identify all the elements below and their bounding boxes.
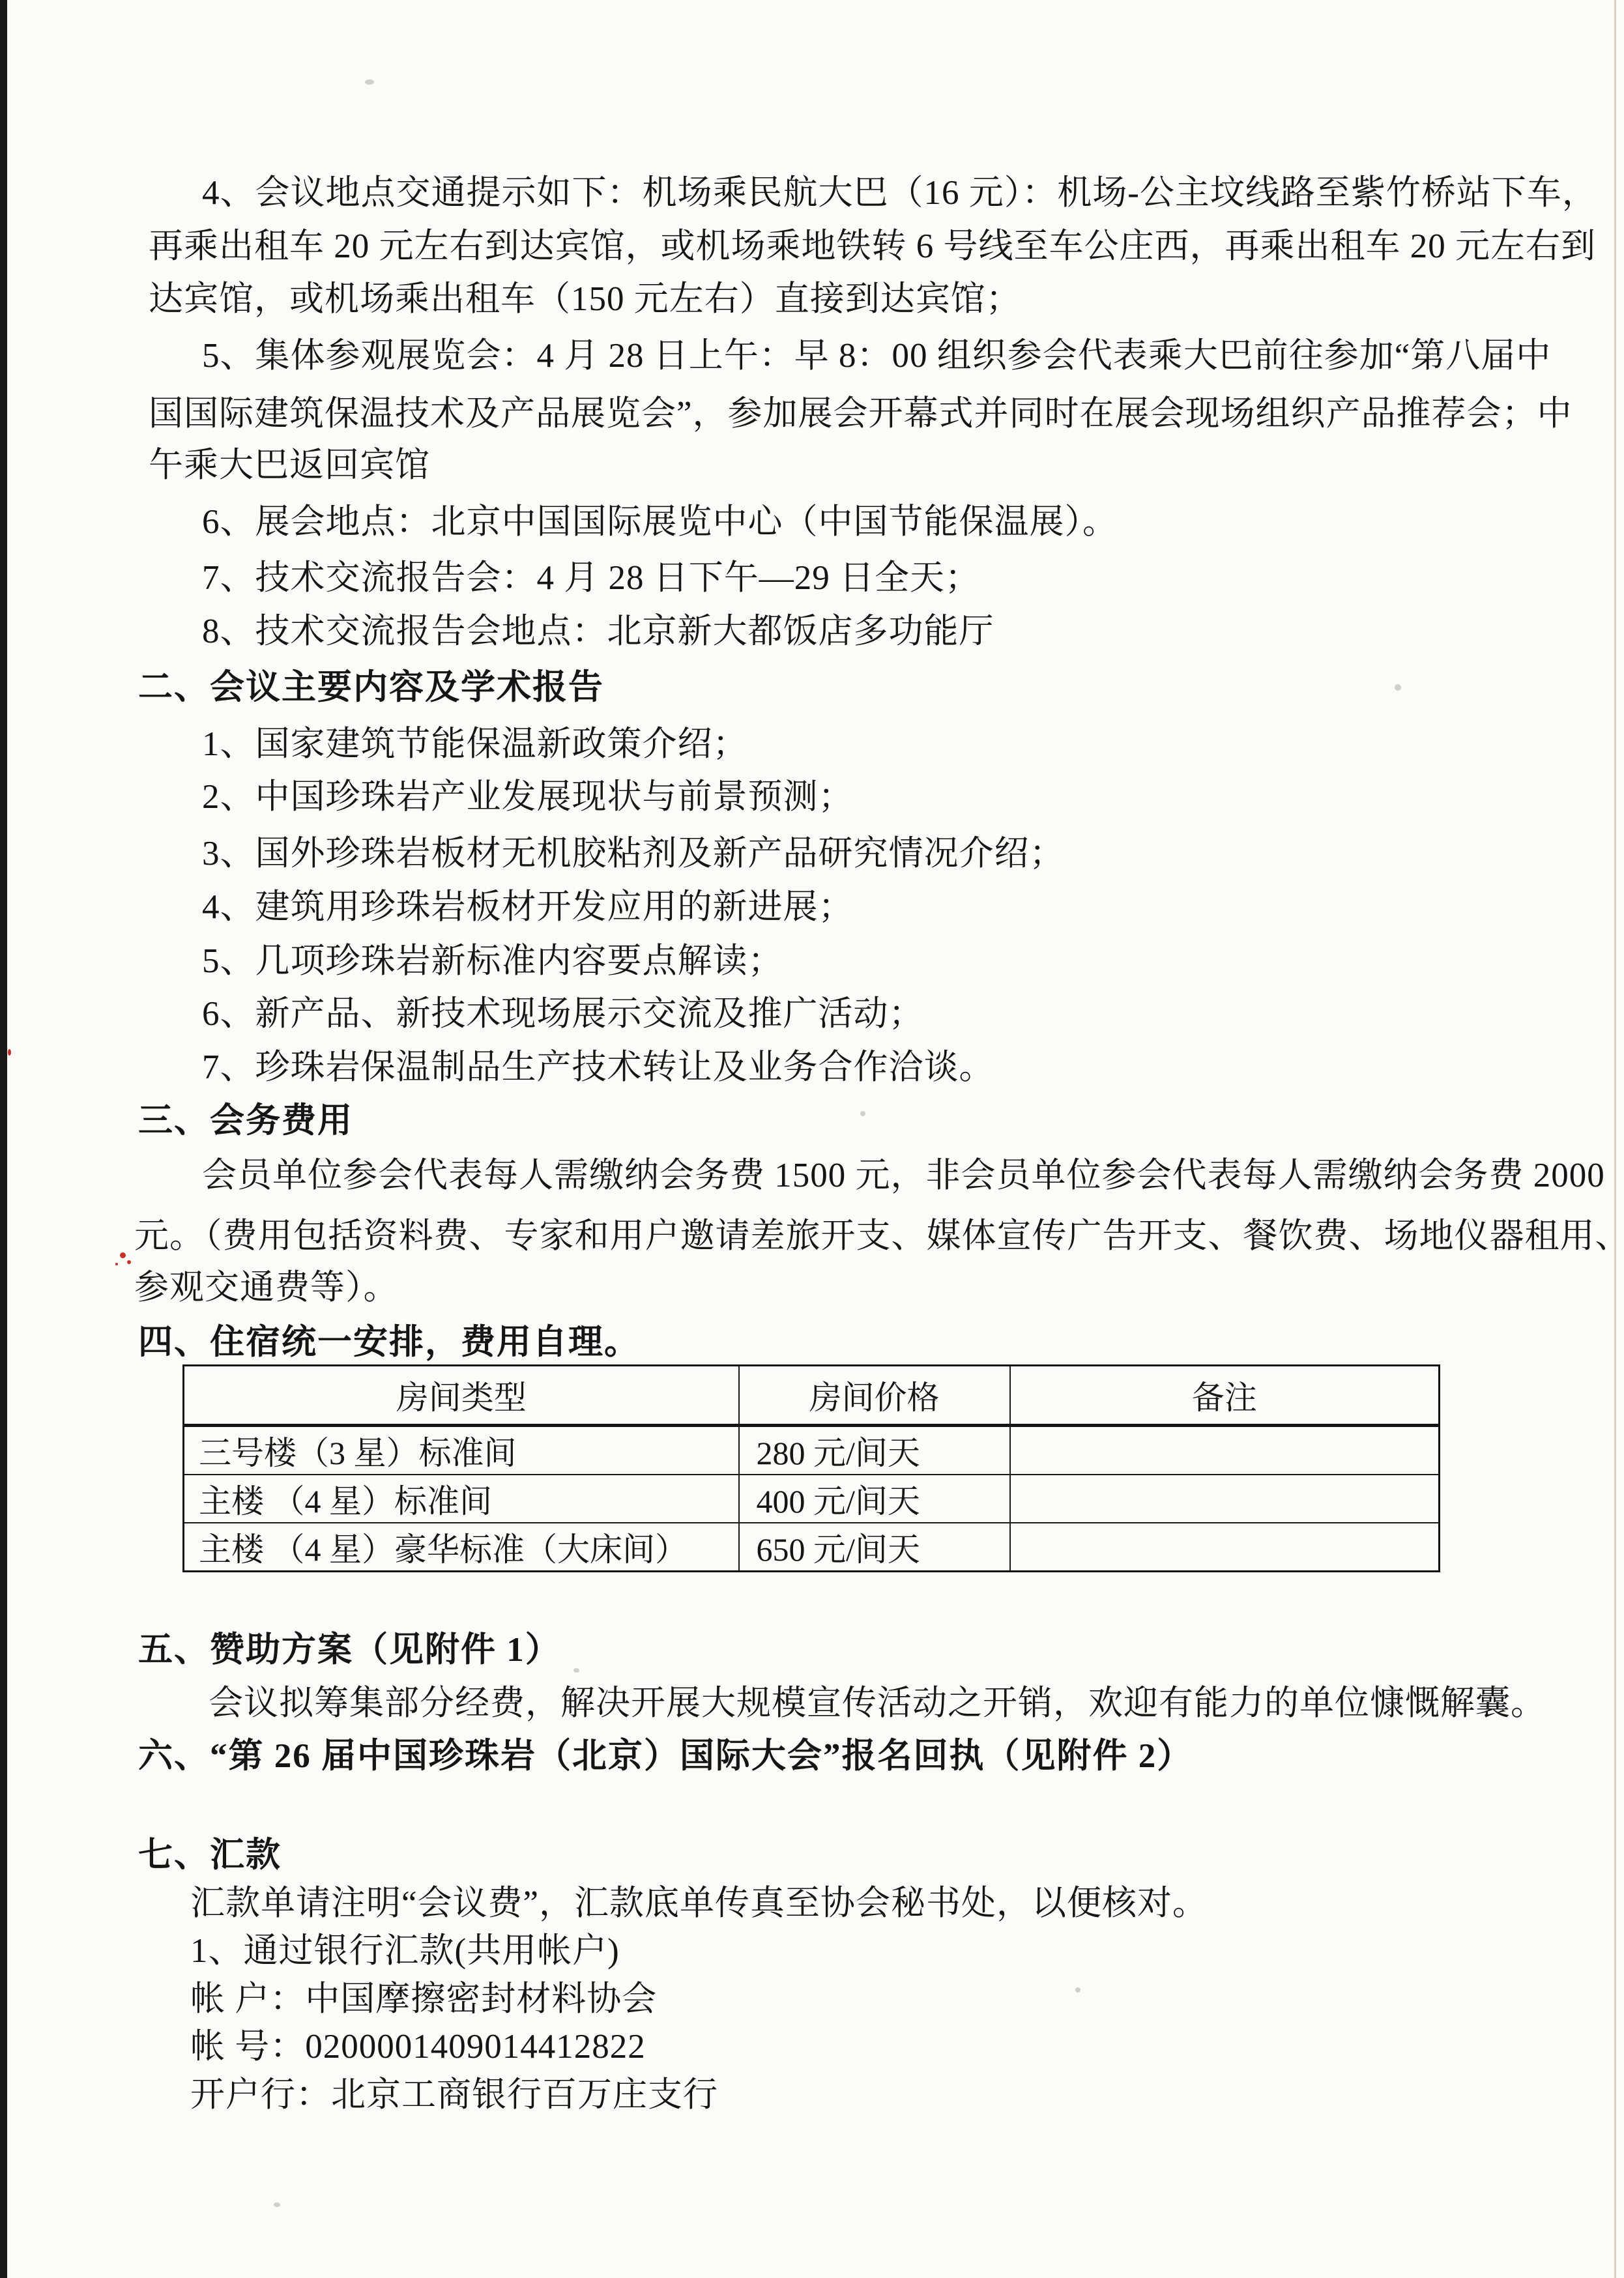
remarks-cell <box>1010 1475 1440 1523</box>
col-header-room-price: 房间价格 <box>739 1366 1010 1426</box>
section2-item-2: 2、中国珍珠岩产业发展现状与前景预测； <box>202 777 854 816</box>
scan-speck <box>573 1668 579 1673</box>
room-type-cell: 三号楼（3 星）标准间 <box>184 1426 739 1475</box>
section2-item-1: 1、国家建筑节能保温新政策介绍； <box>202 725 748 764</box>
scan-speck <box>274 2202 280 2207</box>
item5-line1: 5、集体参观展览会：4 月 28 日上午：早 8：00 组织参会代表乘大巴前往参… <box>202 336 1551 375</box>
section7-line-5: 开户行：北京工商银行百万庄支行 <box>190 2075 718 2114</box>
item7-line: 7、技术交流报告会：4 月 28 日下午—29 日全天； <box>202 558 980 598</box>
section7-line-3: 帐 户：中国摩擦密封材料协会 <box>190 1980 657 2019</box>
item6-line: 6、展会地点：北京中国国际展览中心（中国节能保温展）。 <box>202 502 1118 541</box>
red-ink-speck <box>115 1263 118 1265</box>
section2-heading: 二、会议主要内容及学术报告 <box>138 668 604 707</box>
section3-para-line1: 会员单位参会代表每人需缴纳会务费 1500 元，非会员单位参会代表每人需缴纳会务… <box>202 1156 1605 1195</box>
red-ink-speck <box>8 1049 11 1056</box>
room-type-cell: 主楼 （4 星）标准间 <box>184 1475 739 1523</box>
col-header-room-type: 房间类型 <box>184 1366 739 1426</box>
col-header-remarks: 备注 <box>1010 1366 1440 1426</box>
scan-edge-left <box>0 0 7 2278</box>
section6-heading: 六、“第 26 届中国珍珠岩（北京）国际大会”报名回执（见附件 2） <box>138 1737 1193 1776</box>
section2-item-4: 4、建筑用珍珠岩板材开发应用的新进展； <box>202 887 854 927</box>
section7-line-4: 帐 号：0200001409014412822 <box>190 2027 646 2066</box>
section5-para: 会议拟筹集部分经费，解决开展大规模宣传活动之开销，欢迎有能力的单位慷慨解囊。 <box>209 1684 1546 1723</box>
section7-line-2: 1、通过银行汇款(共用帐户) <box>190 1931 620 1970</box>
table-row: 三号楼（3 星）标准间 280 元/间天 <box>184 1426 1440 1475</box>
table-row: 主楼 （4 星）豪华标准（大床间） 650 元/间天 <box>184 1523 1440 1572</box>
scan-speck <box>1075 1987 1080 1993</box>
item8-line: 8、技术交流报告会地点：北京新大都饭店多功能厅 <box>202 612 994 651</box>
section2-item-5: 5、几项珍珠岩新标准内容要点解读； <box>202 942 783 981</box>
section2-item-6: 6、新产品、新技术现场展示交流及推广活动； <box>202 994 924 1033</box>
item4-line2: 再乘出租车 20 元左右到达宾馆，或机场乘地铁转 6 号线至车公庄西，再乘出租车… <box>149 227 1596 266</box>
table-header-row: 房间类型 房间价格 备注 <box>184 1366 1440 1426</box>
scan-speck <box>860 1111 865 1116</box>
section5-heading: 五、赞助方案（见附件 1） <box>138 1630 561 1669</box>
remarks-cell <box>1010 1426 1440 1475</box>
room-price-cell: 400 元/间天 <box>739 1475 1010 1523</box>
red-ink-speck <box>127 1260 131 1264</box>
room-type-cell: 主楼 （4 星）豪华标准（大床间） <box>184 1523 739 1572</box>
scan-edge-right <box>1614 0 1616 2278</box>
section7-line-1: 汇款单请注明“会议费”，汇款底单传真至协会秘书处，以便核对。 <box>190 1884 1208 1923</box>
section4-heading: 四、住宿统一安排，费用自理。 <box>138 1323 640 1362</box>
item4-line1: 4、会议地点交通提示如下：机场乘民航大巴（16 元）：机场-公主坟线路至紫竹桥站… <box>202 173 1597 212</box>
item4-line3: 达宾馆，或机场乘出租车（150 元左右）直接到达宾馆； <box>149 280 1021 319</box>
item5-line2: 国国际建筑保温技术及产品展览会”，参加展会开幕式并同时在展会现场组织产品推荐会；… <box>149 394 1573 433</box>
remarks-cell <box>1010 1523 1440 1572</box>
section3-heading: 三、会务费用 <box>138 1101 353 1140</box>
room-price-cell: 280 元/间天 <box>739 1426 1010 1475</box>
scan-speck <box>365 79 374 85</box>
table-row: 主楼 （4 星）标准间 400 元/间天 <box>184 1475 1440 1523</box>
section7-heading: 七、汇款 <box>138 1836 282 1875</box>
red-ink-speck <box>120 1252 126 1258</box>
scanned-document-page: 4、会议地点交通提示如下：机场乘民航大巴（16 元）：机场-公主坟线路至紫竹桥站… <box>0 0 1624 2278</box>
room-price-cell: 650 元/间天 <box>739 1523 1010 1572</box>
section3-para-line3: 参观交通费等）。 <box>134 1268 399 1307</box>
item5-line3: 午乘大巴返回宾馆 <box>149 446 430 485</box>
section3-para-line2: 元。（费用包括资料费、专家和用户邀请差旅开支、媒体宣传广告开支、餐饮费、场地仪器… <box>134 1217 1624 1256</box>
room-price-table: 房间类型 房间价格 备注 三号楼（3 星）标准间 280 元/间天 主楼 （4 … <box>182 1364 1440 1572</box>
section2-item-3: 3、国外珍珠岩板材无机胶粘剂及新产品研究情况介绍； <box>202 834 1065 873</box>
scan-speck <box>1395 684 1401 691</box>
section2-item-7: 7、珍珠岩保温制品生产技术转让及业务合作洽谈。 <box>202 1048 994 1087</box>
